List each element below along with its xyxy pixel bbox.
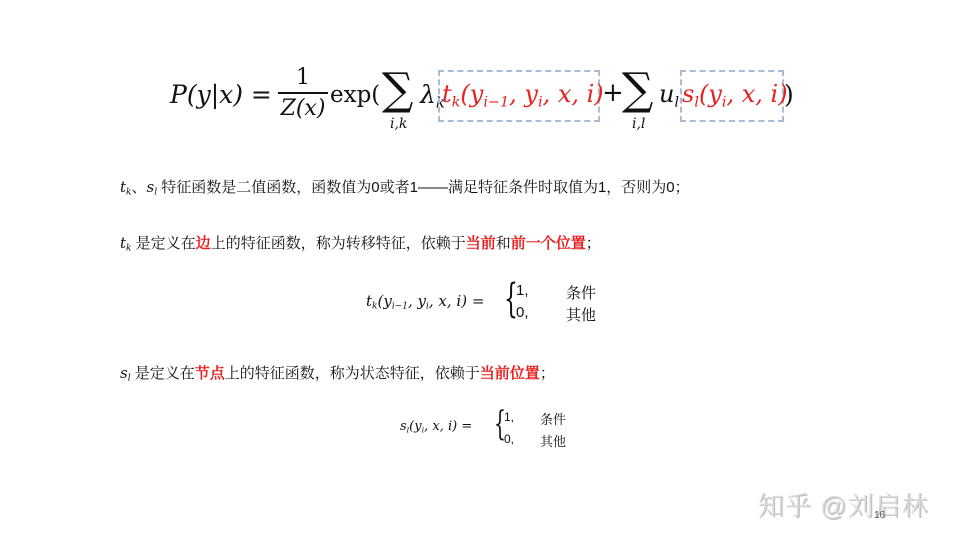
sum-subscript: i,l [632,116,645,132]
state-feature-description: sl 是定义在节点上的特征函数，称为状态特征，依赖于当前位置； [120,362,555,384]
text-segment: 和 [496,235,511,252]
binary-feature-description: tk、sl 特征函数是二值函数，函数值为0或者1——满足特征条件时取值为1，否则… [120,176,690,198]
tk-variable: tk [120,178,132,196]
case-1-value: 1, [516,282,529,299]
highlight-node: 节点 [195,365,225,382]
separator: 、 [132,179,147,196]
case-2-value: 0, [504,432,514,446]
exp-function: exp( [330,82,380,108]
piecewise-lhs: tk(yi−1, yi, x, i) = [366,292,484,312]
case-1-label: 条件 [540,409,566,428]
state-feature-term: sl(yi, x, i) [682,80,788,110]
highlight-previous-position: 前一个位置 [511,235,586,252]
fraction-bar [278,92,328,94]
sl-variable: sl [147,178,158,196]
lhs-arg-end: , x, i) = [429,292,485,310]
u-symbol: u [659,80,674,108]
closing-paren: ) [784,80,794,109]
case-2-label: 其他 [566,304,596,325]
tk-args-end: , x, i) [543,80,604,108]
sum-icon: ∑ [622,68,653,112]
formula-lhs: P(y|x) = [170,80,272,109]
text-segment: ； [540,365,555,382]
zhihu-watermark: 知乎 @刘启林 [758,486,929,523]
text-segment: ； [586,235,601,252]
sl-args: (y [699,80,722,108]
plus-sign: + [602,78,624,108]
lhs-arg-end: , x, i) = [424,419,472,434]
highlight-edge: 边 [196,235,211,252]
piecewise-lhs: sl(yi, x, i) = [400,419,472,434]
case-2-label: 其他 [540,431,566,450]
sl-symbol: s [120,364,128,382]
transition-feature-piecewise: tk(yi−1, yi, x, i) = { 1, 条件 0, 其他 [366,280,616,326]
transition-feature-term: tk(yi−1, yi, x, i) [442,80,604,110]
text-segment: 上的特征函数，称为状态特征，依赖于 [225,365,480,382]
description-text: 特征函数是二值函数，函数值为0或者1——满足特征条件时取值为1，否则为0； [157,179,690,196]
sum-icon: ∑ [382,68,413,112]
highlight-current-position: 当前位置 [480,365,540,382]
lambda-symbol: λ [420,80,436,109]
sl-variable: sl [120,364,131,382]
lhs-arg: (y [378,292,392,310]
tk-symbol: t [442,80,452,108]
lhs-arg: (y [409,419,421,434]
page-number: 16 [874,510,885,521]
mu-weight: ul [659,80,679,110]
text-segment: 上的特征函数，称为转移特征，依赖于 [211,235,466,252]
tk-args: (y [460,80,483,108]
sum-subscript: i,k [390,116,407,132]
lhs-arg: , y [408,292,426,310]
text-segment: 是定义在 [132,235,196,252]
highlight-current: 当前 [466,235,496,252]
tk-args-rest: , y [509,80,538,108]
lhs-symbol: s [400,419,407,434]
tk-variable: tk [120,234,132,252]
crf-formula: P(y|x) = 1 Z(x) exp( ∑ i,k λk tk(yi−1, y… [170,62,810,122]
text-segment: 是定义在 [131,365,195,382]
case-1-value: 1, [504,410,514,424]
case-2-value: 0, [516,304,529,321]
fraction-numerator: 1 [278,66,328,90]
state-feature-piecewise: sl(yi, x, i) = { 1, 条件 0, 其他 [400,408,580,450]
tk-args-subscript: i−1 [483,94,509,110]
fraction-denominator: Z(x) [278,96,328,122]
sl-symbol: s [682,80,694,108]
transition-feature-description: tk 是定义在边上的特征函数，称为转移特征，依赖于当前和前一个位置； [120,232,601,254]
lhs-arg-subscript: i−1 [392,302,408,312]
sl-args-end: , x, i) [726,80,787,108]
case-1-label: 条件 [566,282,596,303]
u-subscript: l [674,94,679,110]
normalization-fraction: 1 Z(x) [278,66,328,122]
